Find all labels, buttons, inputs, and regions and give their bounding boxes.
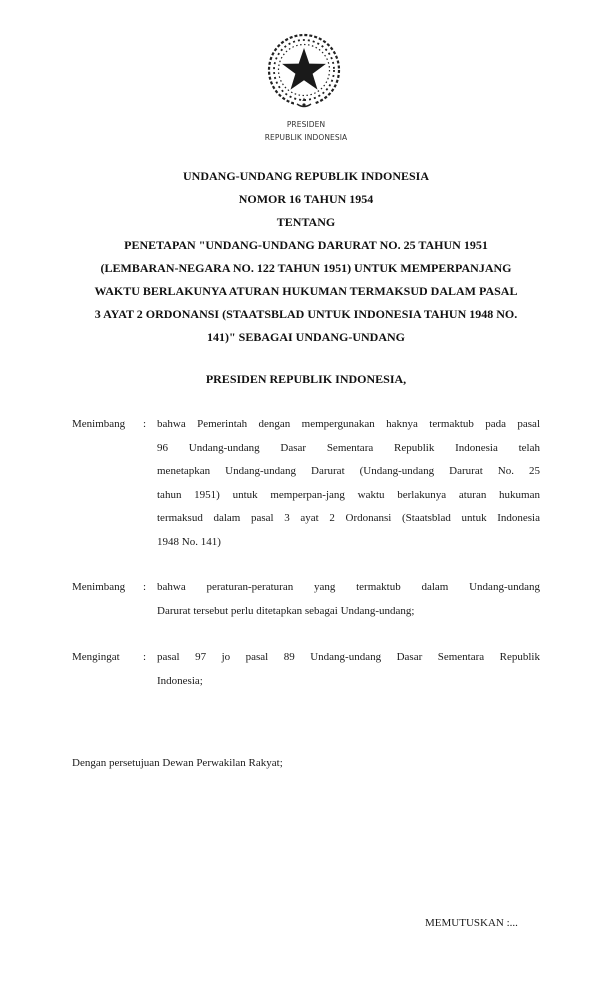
title-line-subject-2: (LEMBARAN-NEGARA NO. 122 TAHUN 1951) UNT… (60, 257, 552, 280)
clause-line: tahun 1951) untuk memperpan-jang waktu b… (157, 484, 540, 508)
title-line-subject-1: PENETAPAN "UNDANG-UNDANG DARURAT NO. 25 … (60, 234, 552, 257)
clause-line: menetapkan Undang-undang Darurat (Undang… (157, 460, 540, 484)
clause-label: Menimbang (72, 576, 125, 600)
title-line-law-type: UNDANG-UNDANG REPUBLIK INDONESIA (60, 165, 552, 188)
preamble-heading: PRESIDEN REPUBLIK INDONESIA, (0, 368, 612, 391)
clause-line: 1948 No. 141) (157, 531, 540, 555)
clause-menimbang-1: Menimbang : bahwa Pemerintah dengan memp… (72, 413, 540, 555)
clause-label: Mengingat (72, 646, 120, 670)
clause-line: termaksud dalam pasal 3 ayat 2 Ordonansi… (157, 507, 540, 531)
title-line-subject-4: 3 AYAT 2 ORDONANSI (STAATSBLAD UNTUK IND… (60, 303, 552, 326)
presidential-emblem-icon (264, 31, 344, 111)
clause-content: pasal 97 jo pasal 89 Undang-undang Dasar… (157, 646, 540, 693)
clause-content: bahwa peraturan-peraturan yang termaktub… (157, 576, 540, 623)
title-line-tentang: TENTANG (60, 211, 552, 234)
clause-separator: : (143, 646, 146, 670)
title-line-subject-3: WAKTU BERLAKUNYA ATURAN HUKUMAN TERMAKSU… (60, 280, 552, 303)
approval-statement: Dengan persetujuan Dewan Perwakilan Raky… (72, 753, 283, 773)
clause-line: bahwa Pemerintah dengan mempergunakan ha… (157, 413, 540, 437)
title-line-subject-5: 141)" SEBAGAI UNDANG-UNDANG (60, 326, 552, 349)
clause-label: Menimbang (72, 413, 125, 437)
clause-content: bahwa Pemerintah dengan mempergunakan ha… (157, 413, 540, 555)
clause-line: bahwa peraturan-peraturan yang termaktub… (157, 576, 540, 600)
clause-separator: : (143, 413, 146, 437)
clause-line: Darurat tersebut perlu ditetapkan sebaga… (157, 600, 540, 624)
clause-line: Indonesia; (157, 670, 540, 694)
page-continuation-marker: MEMUTUSKAN :... (425, 913, 518, 933)
clause-line: 96 Undang-undang Dasar Sementara Republi… (157, 437, 540, 461)
clause-menimbang-2: Menimbang : bahwa peraturan-peraturan ya… (72, 576, 540, 623)
document-title: UNDANG-UNDANG REPUBLIK INDONESIA NOMOR 1… (60, 165, 552, 349)
letterhead-republik-indonesia: REPUBLIK INDONESIA (0, 134, 612, 142)
clause-mengingat: Mengingat : pasal 97 jo pasal 89 Undang-… (72, 646, 540, 693)
clause-line: pasal 97 jo pasal 89 Undang-undang Dasar… (157, 646, 540, 670)
letterhead-presiden: PRESIDEN (0, 121, 612, 129)
title-line-number: NOMOR 16 TAHUN 1954 (60, 188, 552, 211)
clause-separator: : (143, 576, 146, 600)
